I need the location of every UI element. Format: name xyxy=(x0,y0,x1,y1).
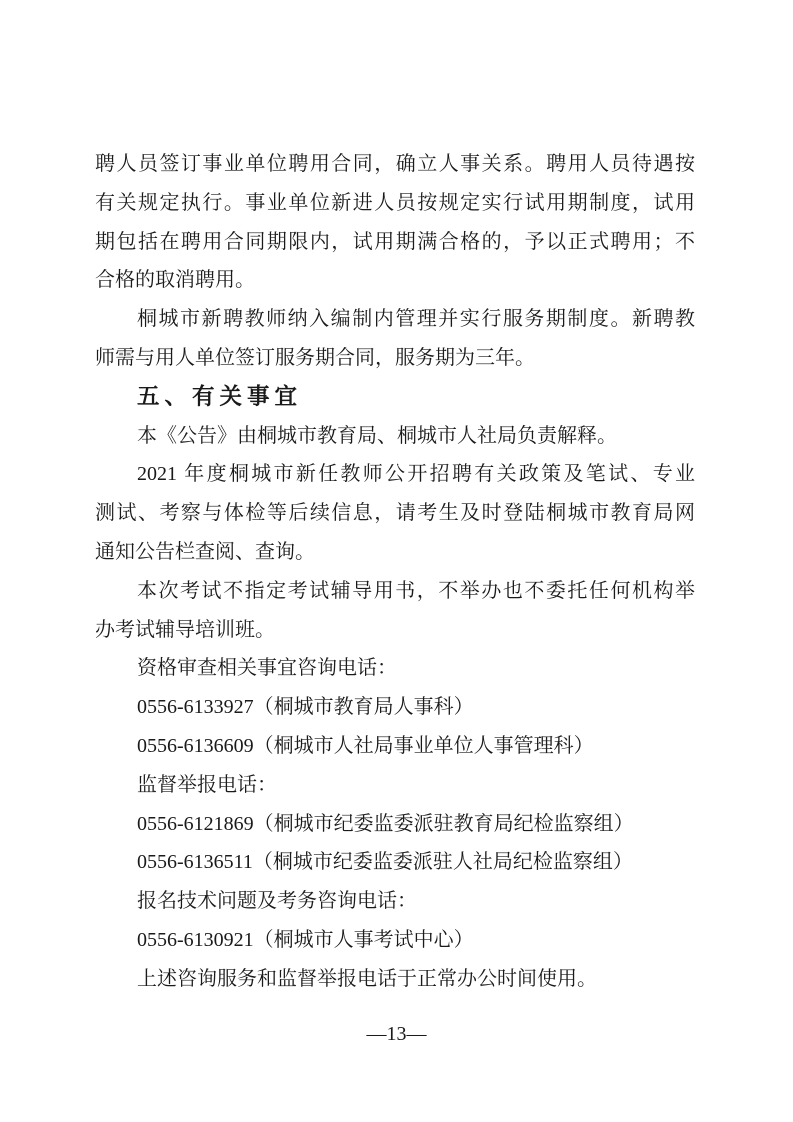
phone-discipline-hr-bureau: 0556-6136511（桐城市纪委监委派驻人社局纪检监察组） xyxy=(95,843,695,882)
body-line-employment-3: 期包括在聘用合同期限内，试用期满合格的，予以正式聘用；不 xyxy=(95,223,695,262)
body-line-employment-1: 聘人员签订事业单位聘用合同，确立人事关系。聘用人员待遇按 xyxy=(95,145,695,184)
body-line-employment-2: 有关规定执行。事业单位新进人员按规定实行试用期制度，试用 xyxy=(95,184,695,223)
page-number: —13— xyxy=(0,1015,793,1054)
body-line-follow-up-info-2: 测试、考察与体检等后续信息，请考生及时登陆桐城市教育局网 xyxy=(95,494,695,533)
phone-hr-bureau-management: 0556-6136609（桐城市人社局事业单位人事管理科） xyxy=(95,727,695,766)
phone-discipline-education-bureau: 0556-6121869（桐城市纪委监委派驻教育局纪检监察组） xyxy=(95,805,695,844)
body-line-follow-up-info-1: 2021 年度桐城市新任教师公开招聘有关政策及笔试、专业 xyxy=(95,455,695,494)
section-heading: 五、有关事宜 xyxy=(95,378,695,417)
body-line-office-hours-note: 上述咨询服务和监督举报电话于正常办公时间使用。 xyxy=(95,960,695,999)
phone-education-bureau-personnel: 0556-6133927（桐城市教育局人事科） xyxy=(95,688,695,727)
body-line-interpretation: 本《公告》由桐城市教育局、桐城市人社局负责解释。 xyxy=(95,417,695,456)
label-qualification-review-phone: 资格审查相关事宜咨询电话： xyxy=(95,649,695,688)
body-line-no-training-1: 本次考试不指定考试辅导用书，不举办也不委托任何机构举 xyxy=(95,572,695,611)
body-line-no-training-2: 办考试辅导培训班。 xyxy=(95,611,695,650)
document-page: 聘人员签订事业单位聘用合同，确立人事关系。聘用人员待遇按 有关规定执行。事业单位… xyxy=(0,0,793,1122)
phone-personnel-exam-center: 0556-6130921（桐城市人事考试中心） xyxy=(95,921,695,960)
label-registration-tech-phone: 报名技术问题及考务咨询电话： xyxy=(95,882,695,921)
document-body: 聘人员签订事业单位聘用合同，确立人事关系。聘用人员待遇按 有关规定执行。事业单位… xyxy=(95,145,695,999)
body-line-service-period-1: 桐城市新聘教师纳入编制内管理并实行服务期制度。新聘教 xyxy=(95,300,695,339)
body-line-follow-up-info-3: 通知公告栏查阅、查询。 xyxy=(95,533,695,572)
body-line-service-period-2: 师需与用人单位签订服务期合同，服务期为三年。 xyxy=(95,339,695,378)
label-supervision-report-phone: 监督举报电话： xyxy=(95,766,695,805)
body-line-employment-4: 合格的取消聘用。 xyxy=(95,261,695,300)
